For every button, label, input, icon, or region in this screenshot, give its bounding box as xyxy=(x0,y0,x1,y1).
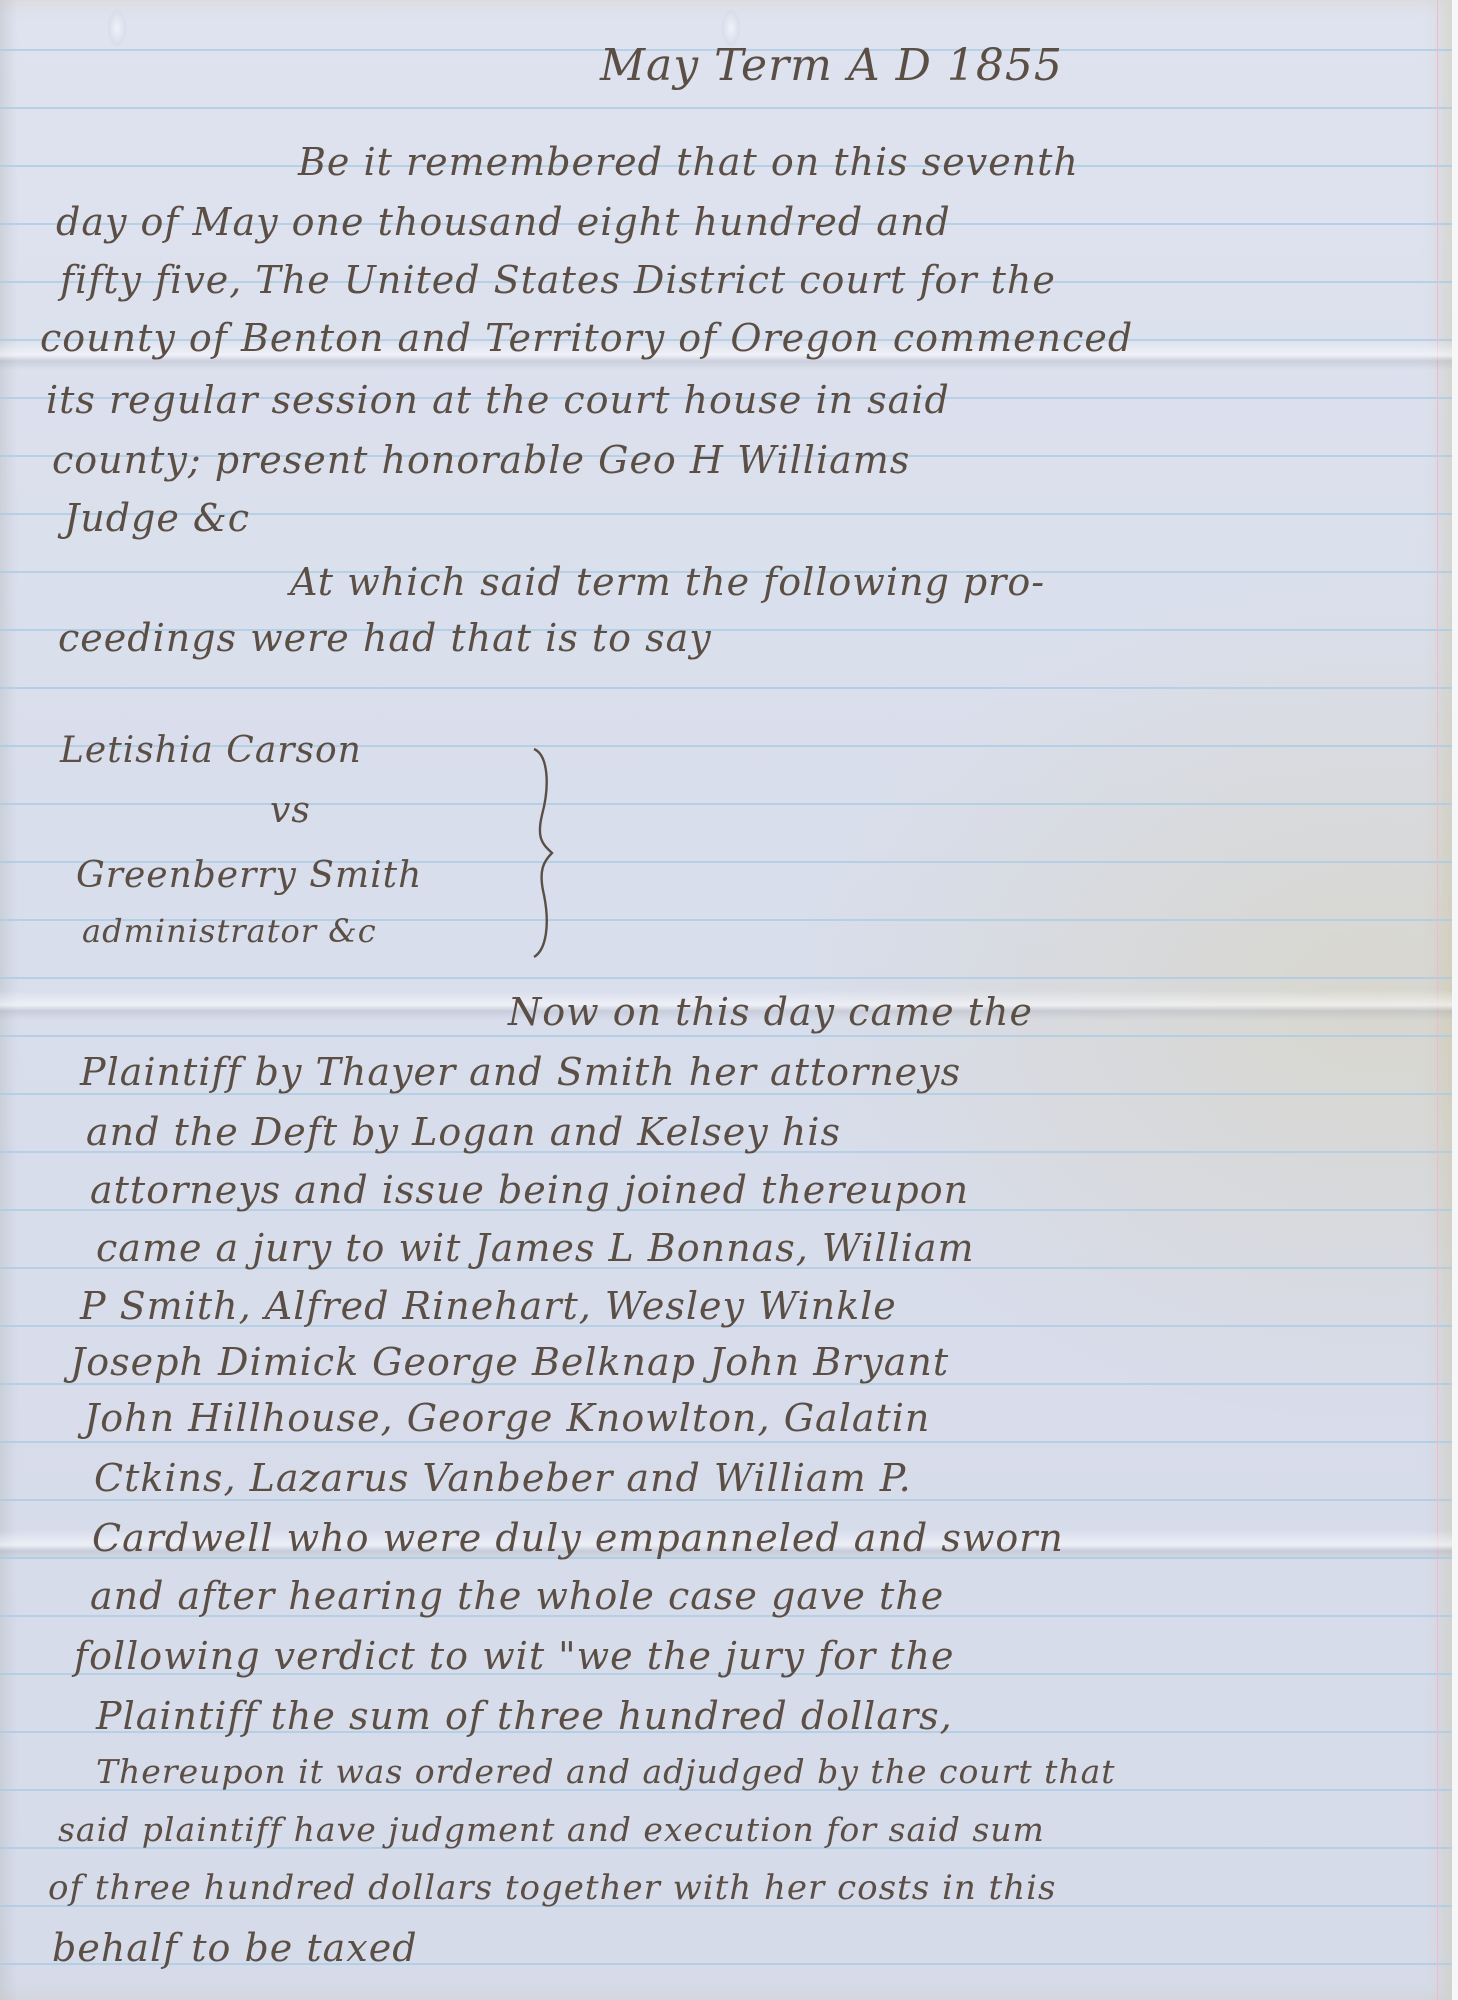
case-versus: vs xyxy=(270,790,311,831)
document-heading: May Term A D 1855 xyxy=(600,40,1063,91)
text-line: its regular session at the court house i… xyxy=(46,378,950,422)
text-line: John Hillhouse, George Knowlton, Galatin xyxy=(84,1396,930,1440)
text-line: Plaintiff the sum of three hundred dolla… xyxy=(96,1694,953,1738)
text-line: Joseph Dimick George Belknap John Bryant xyxy=(70,1340,949,1384)
text-line: P Smith, Alfred Rinehart, Wesley Winkle xyxy=(80,1284,897,1328)
text-line: Now on this day came the xyxy=(508,990,1033,1034)
text-line: of three hundred dollars together with h… xyxy=(48,1868,1056,1908)
text-line: and after hearing the whole case gave th… xyxy=(90,1574,944,1618)
text-line: ceedings were had that is to say xyxy=(58,616,712,660)
text-line: Thereupon it was ordered and adjudged by… xyxy=(96,1752,1116,1791)
text-line: said plaintiff have judgment and executi… xyxy=(58,1810,1045,1849)
text-line: fifty five, The United States District c… xyxy=(60,258,1056,302)
text-line: Ctkins, Lazarus Vanbeber and William P. xyxy=(94,1456,912,1500)
text-line: day of May one thousand eight hundred an… xyxy=(56,200,951,244)
text-line: following verdict to wit "we the jury fo… xyxy=(74,1634,954,1678)
case-plaintiff: Letishia Carson xyxy=(60,730,362,771)
text-line: Plaintiff by Thayer and Smith her attorn… xyxy=(80,1050,961,1094)
text-line: and the Deft by Logan and Kelsey his xyxy=(86,1110,841,1154)
case-defendant: Greenberry Smith xyxy=(76,855,422,896)
case-defendant-role: administrator &c xyxy=(82,912,377,950)
text-line: behalf to be taxed xyxy=(52,1926,418,1970)
paper-damage-mark xyxy=(108,10,126,46)
bracket-icon xyxy=(530,745,560,960)
text-line: At which said term the following pro- xyxy=(290,560,1045,604)
text-line: Cardwell who were duly empanneled and sw… xyxy=(92,1516,1064,1560)
text-line: county of Benton and Territory of Oregon… xyxy=(40,316,1133,360)
text-line: came a jury to wit James L Bonnas, Willi… xyxy=(96,1226,975,1270)
text-line: attorneys and issue being joined thereup… xyxy=(90,1168,969,1212)
text-line: Be it remembered that on this seventh xyxy=(298,140,1079,184)
text-line: county; present honorable Geo H Williams xyxy=(52,438,910,482)
text-line: Judge &c xyxy=(64,496,250,540)
